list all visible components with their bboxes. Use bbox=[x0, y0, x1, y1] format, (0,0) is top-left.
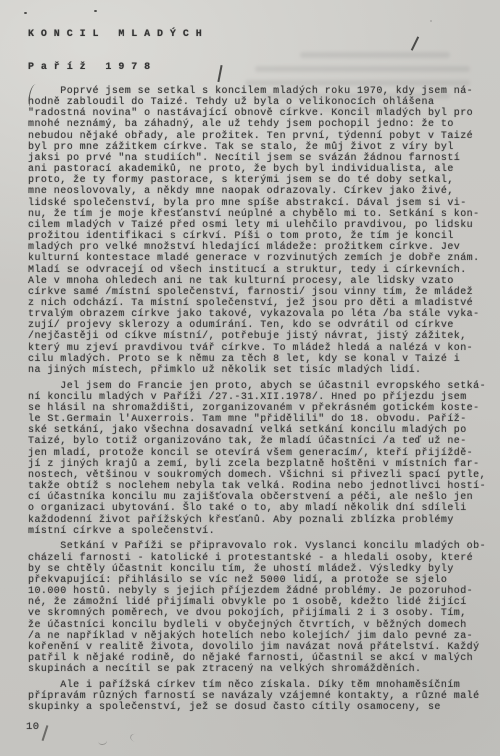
pen-mark-curve-icon bbox=[129, 733, 143, 744]
ink-speck-icon bbox=[430, 20, 432, 22]
paragraph: Poprvé jsem se setkal s koncilem mladých… bbox=[28, 86, 486, 376]
bleed-through-text bbox=[300, 52, 450, 58]
bleed-through-text bbox=[278, 106, 408, 112]
bleed-through-text bbox=[245, 80, 470, 86]
ink-speck-icon bbox=[24, 12, 27, 14]
paragraph: Jel jsem do Francie jen proto, abych se … bbox=[28, 381, 486, 537]
page-title: K O N C I L M L A D Ý C H bbox=[28, 29, 202, 40]
ink-speck-icon bbox=[357, 125, 359, 128]
page-subtitle: P a ř í ž 1 9 7 8 bbox=[28, 62, 151, 73]
ink-speck-icon bbox=[470, 470, 472, 473]
page-number: 10 bbox=[26, 722, 40, 733]
bleed-through-text bbox=[262, 93, 450, 99]
ink-speck-icon bbox=[94, 10, 97, 12]
pen-mark-stroke-icon bbox=[217, 65, 222, 82]
paragraph: Setkání v Paříži se připravovalo rok. Vy… bbox=[28, 541, 486, 675]
document-body: Poprvé jsem se setkal s koncilem mladých… bbox=[28, 86, 486, 718]
pen-mark-slash-icon bbox=[42, 725, 48, 741]
pen-mark-curve-icon bbox=[97, 736, 107, 745]
bleed-through-text bbox=[255, 66, 470, 72]
paragraph: Ale i pařížská církev tím něco získala. … bbox=[28, 680, 486, 713]
scanned-page: K O N C I L M L A D Ý C H P a ř í ž 1 9 … bbox=[0, 0, 500, 756]
pen-mark-slash-icon bbox=[411, 36, 419, 50]
